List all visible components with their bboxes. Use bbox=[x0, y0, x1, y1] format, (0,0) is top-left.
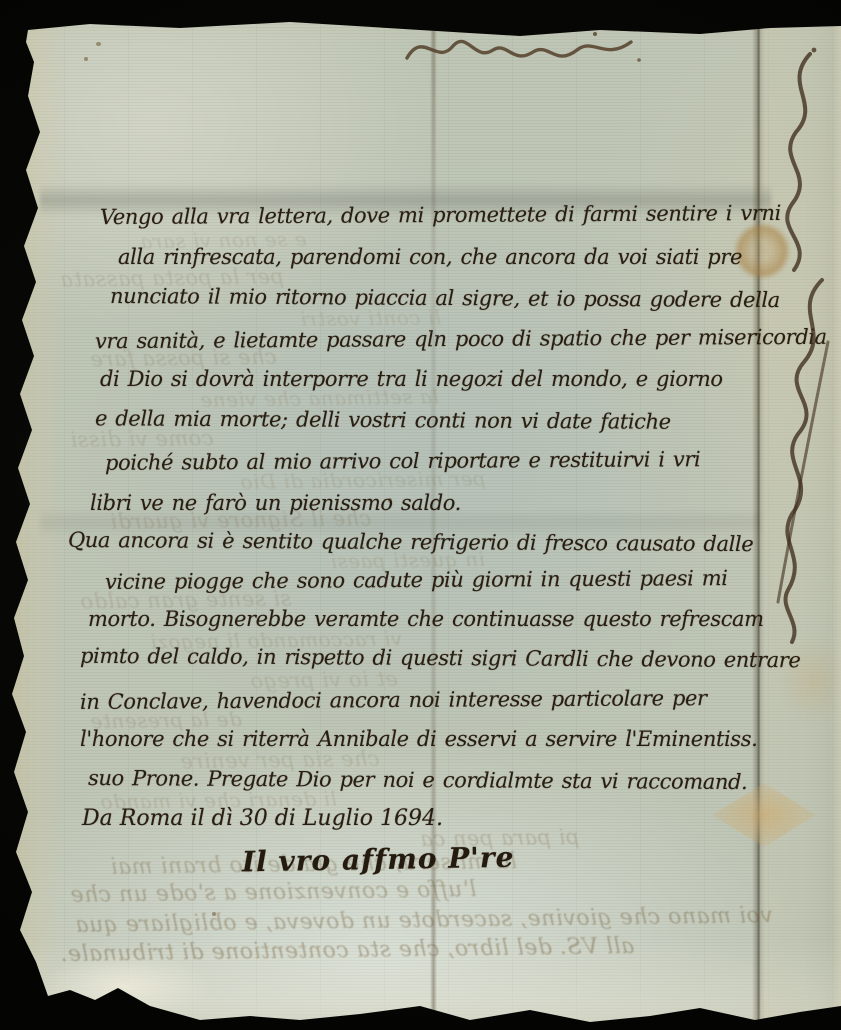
letter-line-2: alla rinfrescata, parendomi con, che anc… bbox=[118, 245, 742, 269]
letter-page: e se non vi saraper la posta passatali c… bbox=[0, 0, 841, 1030]
date-line: Da Roma il dì 30 di Luglio 1694. bbox=[82, 806, 443, 831]
letter-line-4: vra sanità, e lietamte passare qln poco … bbox=[95, 325, 827, 353]
letter-line-11: morto. Bisognerebbe veramte che continua… bbox=[88, 607, 764, 631]
letter-line-13: in Conclave, havendoci ancora noi intere… bbox=[80, 686, 707, 714]
letter-line-7: poiché subto al mio arrivo col riportare… bbox=[105, 447, 700, 475]
letter-line-10: vicine piogge che sono cadute più giorni… bbox=[105, 566, 728, 594]
letter-line-12: pimto del caldo, in rispetto di questi s… bbox=[80, 644, 801, 672]
right-margin-scribble bbox=[762, 42, 841, 682]
signature-line: Il vro affmo P're bbox=[242, 841, 515, 879]
letter-line-9: Qua ancora si è sentito qualche refriger… bbox=[68, 528, 753, 556]
letter-line-3: nunciato il mio ritorno piaccia al sigre… bbox=[110, 284, 780, 312]
letter-line-6: e della mia morte; delli vostri conti no… bbox=[95, 406, 671, 434]
ink-fleck bbox=[96, 42, 101, 46]
ink-fleck bbox=[84, 57, 88, 61]
letter-line-5: di Dio si dovrà interporre tra li negozi… bbox=[100, 367, 723, 391]
scan-background: e se non vi saraper la posta passatali c… bbox=[0, 0, 841, 1030]
letter-line-8: libri ve ne farò un pienissmo saldo. bbox=[90, 491, 461, 515]
top-ink-scribble bbox=[395, 20, 645, 75]
letter-line-1: Vengo alla vra lettera, dove mi promette… bbox=[100, 201, 781, 229]
letter-line-14: l'honore che si riterrà Annibale di esse… bbox=[80, 727, 757, 751]
letter-line-15: suo Prone. Pregate Dio per noi e cordial… bbox=[88, 766, 747, 794]
center-fold-crease bbox=[430, 0, 437, 1030]
